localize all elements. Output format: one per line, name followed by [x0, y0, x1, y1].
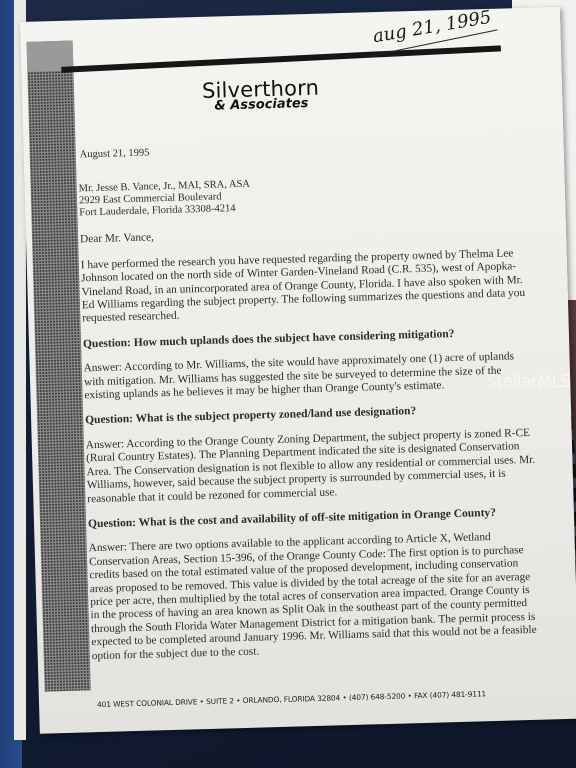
- question-2: Question: What is the subject property z…: [85, 402, 535, 428]
- letter-page: aug 21, 1995 Silverthorn & Associates Au…: [20, 7, 576, 734]
- letterhead-stripe: [27, 41, 91, 692]
- letter-body: August 21, 1995 Mr. Jesse B. Vance, Jr.,…: [78, 136, 543, 675]
- letterhead-rule: [61, 45, 501, 72]
- salutation: Dear Mr. Vance,: [80, 221, 530, 247]
- answer-2: Answer: According to the Orange County Z…: [86, 427, 538, 507]
- company-subtitle: & Associates: [214, 96, 320, 114]
- handwritten-date: aug 21, 1995: [371, 7, 493, 48]
- intro-paragraph: I have performed the research you have r…: [81, 247, 533, 327]
- question-3: Question: What is the cost and availabil…: [88, 506, 538, 532]
- answer-3: Answer: There are two options available …: [89, 530, 542, 663]
- company-logo: Silverthorn & Associates: [202, 76, 320, 114]
- question-1: Question: How much uplands does the subj…: [83, 326, 533, 352]
- answer-1: Answer: According to Mr. Williams, the s…: [84, 350, 535, 403]
- recipient-address: Mr. Jesse B. Vance, Jr., MAI, SRA, ASA 2…: [79, 171, 530, 220]
- watermark: StellarMLS: [486, 372, 571, 392]
- letter-date: August 21, 1995: [80, 136, 528, 162]
- letterhead-footer: 401 WEST COLONIAL DRIVE • SUITE 2 • ORLA…: [97, 689, 486, 709]
